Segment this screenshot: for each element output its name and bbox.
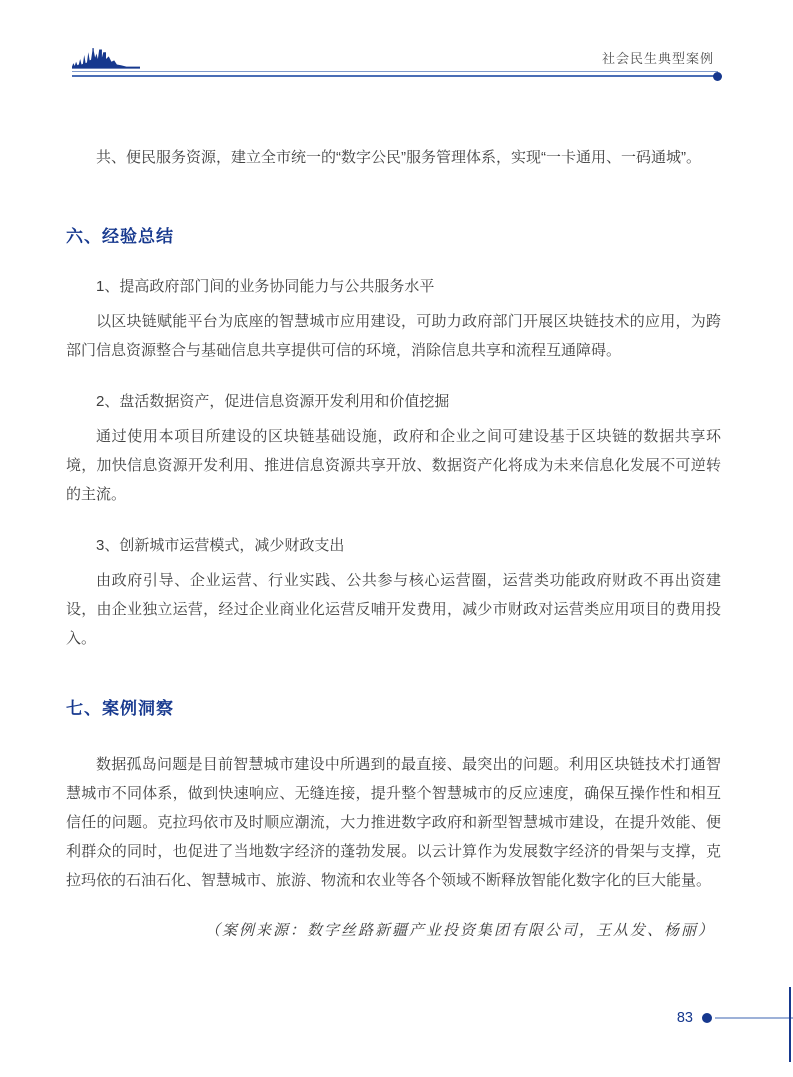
- section-heading-case-insight: 七、案例洞察: [66, 696, 721, 722]
- page-edge-line: [789, 987, 791, 1062]
- section-heading-experience-summary: 六、经验总结: [66, 224, 721, 250]
- subheading-3: 3、创新城市运营模式，减少财政支出: [66, 531, 721, 560]
- footer-dot: [702, 1013, 712, 1023]
- insight-paragraph: 数据孤岛问题是目前智慧城市建设中所遇到的最直接、最突出的问题。利用区块链技术打通…: [66, 750, 721, 895]
- case-source-line: （案例来源：数字丝路新疆产业投资集团有限公司，王从发、杨丽）: [66, 916, 721, 945]
- page-number: 83: [677, 1010, 693, 1026]
- subheading-1: 1、提高政府部门间的业务协同能力与公共服务水平: [66, 272, 721, 301]
- page-footer: 83: [677, 1010, 793, 1026]
- paragraph-1: 以区块链赋能平台为底座的智慧城市应用建设，可助力政府部门开展区块链技术的应用，为…: [66, 307, 721, 365]
- document-page: 社会民生典型案例 共、便民服务资源，建立全市统一的“数字公民”服务管理体系，实现…: [0, 0, 793, 1077]
- intro-paragraph: 共、便民服务资源，建立全市统一的“数字公民”服务管理体系，实现“一卡通用、一码通…: [66, 143, 721, 172]
- paragraph-3: 由政府引导、企业运营、行业实践、公共参与核心运营圈，运营类功能政府财政不再出资建…: [66, 566, 721, 653]
- document-body: 共、便民服务资源，建立全市统一的“数字公民”服务管理体系，实现“一卡通用、一码通…: [66, 0, 721, 945]
- paragraph-2: 通过使用本项目所建设的区块链基础设施，政府和企业之间可建设基于区块链的数据共享环…: [66, 422, 721, 509]
- footer-rule: [715, 1017, 793, 1019]
- subheading-2: 2、盘活数据资产，促进信息资源开发利用和价值挖掘: [66, 387, 721, 416]
